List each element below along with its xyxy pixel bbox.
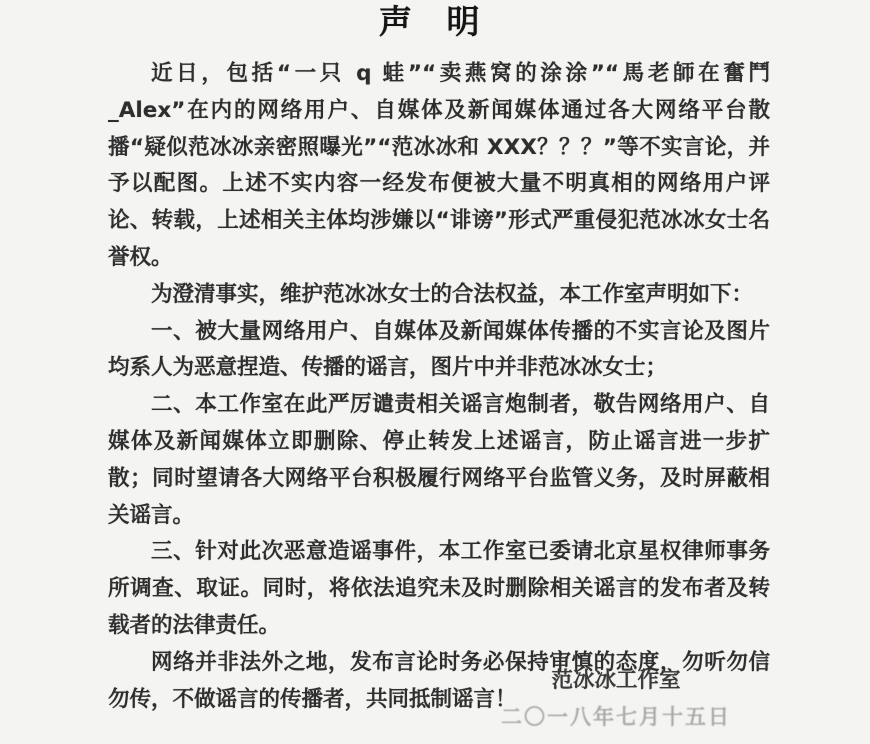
statement-paragraph-point-3: 三、针对此次恶意造谣事件，本工作室已委请北京星权律师事务所调查、取证。同时，将依… [108, 534, 770, 644]
document-body: 近日，包括“一只 q 蛙”“卖燕窝的涂涂”“馬老師在奮鬥_Alex”在内的网络用… [108, 56, 770, 718]
statement-paragraph-purpose: 为澄清事实，维护范冰冰女士的合法权益，本工作室声明如下： [108, 277, 770, 314]
document-title: 声 明 [0, 0, 870, 43]
statement-document-page: 声 明 近日，包括“一只 q 蛙”“卖燕窝的涂涂”“馬老師在奮鬥_Alex”在内… [0, 0, 870, 744]
signature-date: 二〇一八年七月十五日 [501, 699, 731, 736]
statement-paragraph-point-2: 二、本工作室在此严厉谴责相关谣言炮制者，敬告网络用户、自媒体及新闻媒体立即删除、… [108, 387, 770, 534]
signature-block: 范冰冰工作室 二〇一八年七月十五日 [501, 662, 731, 736]
statement-paragraph-intro: 近日，包括“一只 q 蛙”“卖燕窝的涂涂”“馬老師在奮鬥_Alex”在内的网络用… [108, 56, 770, 277]
signature-studio-name: 范冰冰工作室 [501, 662, 731, 699]
statement-paragraph-point-1: 一、被大量网络用户、自媒体及新闻媒体传播的不实言论及图片均系人为恶意捏造、传播的… [108, 314, 770, 388]
